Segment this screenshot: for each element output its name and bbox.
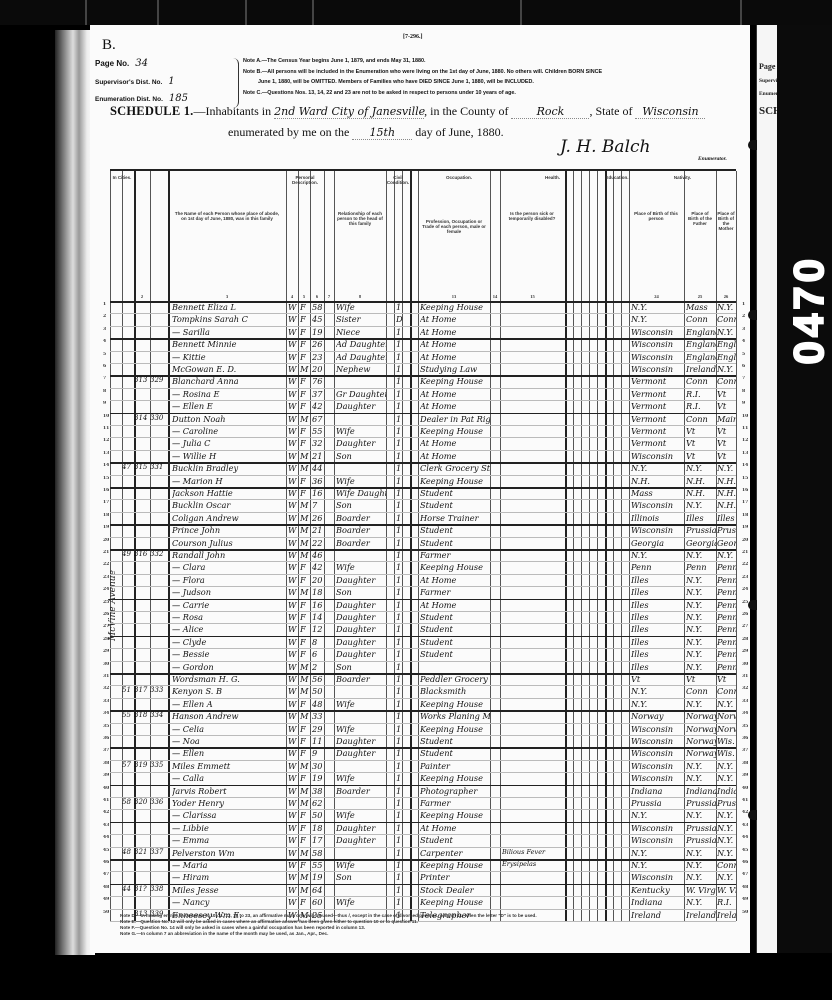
color: W bbox=[288, 823, 298, 833]
mother-birthplace: Vt bbox=[717, 426, 736, 436]
color: W bbox=[288, 401, 298, 411]
civil-condition: 1 bbox=[396, 624, 404, 634]
sex: F bbox=[300, 637, 310, 647]
father-birthplace: W. Virginia bbox=[686, 885, 716, 895]
color: W bbox=[288, 736, 298, 746]
age: 20 bbox=[312, 575, 324, 585]
relationship: Boarder bbox=[336, 674, 386, 684]
line-number: 37 bbox=[103, 748, 109, 753]
sex: M bbox=[300, 414, 310, 424]
birthplace: Illes bbox=[631, 600, 684, 610]
col-num-4: 4 bbox=[286, 294, 298, 299]
occupation: At Home bbox=[420, 451, 490, 461]
sex: F bbox=[300, 897, 310, 907]
person-name: Miles Jesse bbox=[172, 885, 286, 895]
civil-condition: 1 bbox=[396, 786, 404, 796]
sex: M bbox=[300, 451, 310, 461]
relationship: Daughter bbox=[336, 600, 386, 610]
birthplace: Prussia bbox=[631, 798, 684, 808]
line-number-right: 28 bbox=[742, 637, 750, 642]
civil-condition: 1 bbox=[396, 649, 404, 659]
mother-birthplace: N.H. bbox=[717, 500, 736, 510]
occupation: At Home bbox=[420, 327, 490, 337]
color: W bbox=[288, 897, 298, 907]
line-number: 4 bbox=[103, 339, 109, 344]
sex: M bbox=[300, 550, 310, 560]
sex: F bbox=[300, 835, 310, 845]
line-number-right: 34 bbox=[742, 711, 750, 716]
age: 21 bbox=[312, 525, 324, 535]
table-row: 2149316332Randall JohnWM461FarmerN.Y.N.Y… bbox=[110, 550, 736, 562]
relationship: Daughter bbox=[336, 401, 386, 411]
father-birthplace: N.Y. bbox=[686, 761, 716, 771]
line-number-right: 17 bbox=[742, 500, 750, 505]
relationship: Nephew bbox=[336, 364, 386, 374]
sex: F bbox=[300, 612, 310, 622]
health-condition: Bilious Fever bbox=[502, 848, 564, 856]
line-number: 26 bbox=[103, 612, 109, 617]
mother-birthplace: R.I. bbox=[717, 897, 736, 907]
occupation: At Home bbox=[420, 314, 490, 324]
father-birthplace: N.Y. bbox=[686, 649, 716, 659]
birthplace: Wisconsin bbox=[631, 352, 684, 362]
section-letter: B. bbox=[102, 37, 116, 54]
mother-birthplace: Wis. bbox=[717, 736, 736, 746]
age: 2 bbox=[312, 662, 324, 672]
mother-birthplace: N.Y. bbox=[717, 364, 736, 374]
scanner-bottom-band bbox=[0, 955, 832, 1000]
color: W bbox=[288, 872, 298, 882]
col-num-2: 2 bbox=[134, 294, 150, 299]
civil-condition: 1 bbox=[396, 736, 404, 746]
county-value: Rock bbox=[511, 105, 589, 119]
line-number: 41 bbox=[103, 798, 109, 803]
dwelling-number: 319 bbox=[134, 761, 150, 769]
occupation: Keeping House bbox=[420, 476, 490, 486]
scanner-top-band bbox=[0, 0, 832, 25]
line-number: 27 bbox=[103, 624, 109, 629]
line-number: 29 bbox=[103, 649, 109, 654]
civil-condition: 1 bbox=[396, 761, 404, 771]
birthplace: Wisconsin bbox=[631, 525, 684, 535]
relationship: Sister bbox=[336, 314, 386, 324]
birthplace: Wisconsin bbox=[631, 364, 684, 374]
person-name: Pelverston Wm bbox=[172, 848, 286, 858]
birthplace: Illes bbox=[631, 624, 684, 634]
line-number-right: 19 bbox=[742, 525, 750, 530]
person-name: Prince John bbox=[172, 525, 286, 535]
civil-condition: 1 bbox=[396, 835, 404, 845]
line-number: 45 bbox=[103, 848, 109, 853]
birthplace: Illes bbox=[631, 587, 684, 597]
birthplace: Wisconsin bbox=[631, 748, 684, 758]
father-birthplace: Illes bbox=[686, 513, 716, 523]
table-row: 23— FloraWF20Daughter1At HomeIllesN.Y.Pe… bbox=[110, 575, 736, 587]
occupation: Stock Dealer bbox=[420, 885, 490, 895]
birthplace: Wisconsin bbox=[631, 773, 684, 783]
birthplace: Vermont bbox=[631, 401, 684, 411]
age: 67 bbox=[312, 414, 324, 424]
supervisor-district-label: Supervisor's Dist. No. bbox=[95, 79, 162, 86]
line-number-right: 31 bbox=[742, 674, 750, 679]
dwelling-number: 316 bbox=[134, 550, 150, 558]
state-value: Wisconsin bbox=[635, 105, 705, 119]
occupation: Keeping House bbox=[420, 773, 490, 783]
line-number: 6 bbox=[103, 364, 109, 369]
relationship: Daughter bbox=[336, 624, 386, 634]
color: W bbox=[288, 773, 298, 783]
relationship: Gr Daughter bbox=[336, 389, 386, 399]
line-number: 17 bbox=[103, 500, 109, 505]
occupation: Works Planing Mill bbox=[420, 711, 490, 721]
civil-condition: 1 bbox=[396, 810, 404, 820]
civil-condition: 1 bbox=[396, 476, 404, 486]
col-num-6: 6 bbox=[310, 294, 324, 299]
mother-birthplace: Penn bbox=[717, 587, 736, 597]
line-number-right: 23 bbox=[742, 575, 750, 580]
sex: F bbox=[300, 724, 310, 734]
civil-condition: 1 bbox=[396, 550, 404, 560]
age: 26 bbox=[312, 339, 324, 349]
father-birthplace: N.Y. bbox=[686, 463, 716, 473]
father-birthplace: Prussia bbox=[686, 835, 716, 845]
col-num-5: 5 bbox=[298, 294, 310, 299]
father-birthplace: R.I. bbox=[686, 401, 716, 411]
person-name: — Judson bbox=[172, 587, 286, 597]
sex: M bbox=[300, 587, 310, 597]
table-row: 484431?338Miles JesseWM641Stock DealerKe… bbox=[110, 885, 736, 897]
birthplace: Wisconsin bbox=[631, 500, 684, 510]
relationship: Son bbox=[336, 500, 386, 510]
adjacent-supervisor-label: Supervi bbox=[759, 78, 777, 84]
birthplace: Illes bbox=[631, 649, 684, 659]
father-birthplace: Vt bbox=[686, 451, 716, 461]
census-table: In Cities. Personal Description. Civil C… bbox=[110, 169, 736, 921]
father-birthplace: N.Y. bbox=[686, 550, 716, 560]
birthplace: Vermont bbox=[631, 389, 684, 399]
relationship: Daughter bbox=[336, 823, 386, 833]
birthplace: N.Y. bbox=[631, 550, 684, 560]
civil-condition: 1 bbox=[396, 463, 404, 473]
line-number-right: 24 bbox=[742, 587, 750, 592]
color: W bbox=[288, 860, 298, 870]
age: 20 bbox=[312, 364, 324, 374]
color: W bbox=[288, 451, 298, 461]
color: W bbox=[288, 389, 298, 399]
civil-condition: 1 bbox=[396, 637, 404, 647]
relationship: Wife bbox=[336, 302, 386, 312]
mother-birthplace: Vt bbox=[717, 451, 736, 461]
color: W bbox=[288, 525, 298, 535]
father-birthplace: N.Y. bbox=[686, 624, 716, 634]
mother-birthplace: Illes bbox=[717, 513, 736, 523]
line-number-right: 48 bbox=[742, 885, 750, 890]
person-name: — Calla bbox=[172, 773, 286, 783]
color: W bbox=[288, 724, 298, 734]
occupation: Student bbox=[420, 488, 490, 498]
person-name: — Noa bbox=[172, 736, 286, 746]
occupation: At Home bbox=[420, 438, 490, 448]
col-birthplace-header: Place of Birth of this person bbox=[631, 211, 681, 221]
line-number-right: 50 bbox=[742, 910, 750, 915]
table-row: 11— CarolineWF55Wife1Keeping HouseVermon… bbox=[110, 426, 736, 438]
occupation: Blacksmith bbox=[420, 686, 490, 696]
occupation: At Home bbox=[420, 575, 490, 585]
age: 58 bbox=[312, 848, 324, 858]
adjacent-page: Page N Supervi Enumera SCHE 0470 bbox=[757, 25, 832, 953]
person-name: — Ellen bbox=[172, 748, 286, 758]
civil-condition: 1 bbox=[396, 612, 404, 622]
mother-birthplace: Ireland bbox=[717, 910, 736, 920]
civil-condition: 1 bbox=[396, 773, 404, 783]
dwelling-number: 317 bbox=[134, 686, 150, 694]
line-number: 47 bbox=[103, 872, 109, 877]
color: W bbox=[288, 662, 298, 672]
sex: F bbox=[300, 810, 310, 820]
table-row: 3857319335Miles EmmettWM301PainterWiscon… bbox=[110, 761, 736, 773]
mother-birthplace: N.Y. bbox=[717, 463, 736, 473]
occupation: Keeping House bbox=[420, 860, 490, 870]
family-number: 334 bbox=[150, 711, 168, 719]
relationship: Daughter bbox=[336, 637, 386, 647]
house-number: 55 bbox=[122, 711, 134, 719]
age: 46 bbox=[312, 550, 324, 560]
enumeration-date-line: enumerated by me on the 15th day of June… bbox=[228, 125, 504, 140]
age: 55 bbox=[312, 426, 324, 436]
sex: F bbox=[300, 699, 310, 709]
civil-condition: 1 bbox=[396, 488, 404, 498]
note-b-continued: June 1, 1880, will be OMITTED. Members o… bbox=[258, 79, 534, 85]
line-number-right: 35 bbox=[742, 724, 750, 729]
col-num-8: 8 bbox=[334, 294, 386, 299]
occupation: Printer bbox=[420, 872, 490, 882]
sex: M bbox=[300, 538, 310, 548]
line-number-right: 6 bbox=[742, 364, 750, 369]
mother-birthplace: Maine bbox=[717, 414, 736, 424]
father-birthplace: Prussia bbox=[686, 525, 716, 535]
line-number-right: 45 bbox=[742, 848, 750, 853]
line-number-right: 21 bbox=[742, 550, 750, 555]
birthplace: N.Y. bbox=[631, 314, 684, 324]
mother-birthplace: Norway bbox=[717, 724, 736, 734]
line-number: 34 bbox=[103, 711, 109, 716]
house-number: 47 bbox=[122, 463, 134, 471]
line-number: 1 bbox=[103, 302, 109, 307]
table-row: 1447315331Bucklin BradleyWM441Clerk Groc… bbox=[110, 463, 736, 475]
line-number: 25 bbox=[103, 600, 109, 605]
color: W bbox=[288, 327, 298, 337]
age: 60 bbox=[312, 897, 324, 907]
civil-condition: 1 bbox=[396, 500, 404, 510]
col-mother-birthplace-header: Place of Birth of the Mother bbox=[717, 211, 735, 231]
birthplace: Vermont bbox=[631, 438, 684, 448]
line-number-right: 33 bbox=[742, 699, 750, 704]
person-name: Bennett Eliza L bbox=[172, 302, 286, 312]
occupation: Horse Trainer bbox=[420, 513, 490, 523]
age: 11 bbox=[312, 736, 324, 746]
sex: F bbox=[300, 339, 310, 349]
birthplace: Wisconsin bbox=[631, 339, 684, 349]
sex: M bbox=[300, 786, 310, 796]
civil-condition: 1 bbox=[396, 724, 404, 734]
color: W bbox=[288, 637, 298, 647]
house-number: 44 bbox=[122, 885, 134, 893]
birthplace: Georgia bbox=[631, 538, 684, 548]
line-number-right: 10 bbox=[742, 414, 750, 419]
person-name: — Gordon bbox=[172, 662, 286, 672]
color: W bbox=[288, 463, 298, 473]
father-birthplace: Ireland bbox=[686, 364, 716, 374]
line-number: 11 bbox=[103, 426, 109, 431]
person-name: Randall John bbox=[172, 550, 286, 560]
birthplace: Wisconsin bbox=[631, 327, 684, 337]
sex: M bbox=[300, 761, 310, 771]
line-number-right: 27 bbox=[742, 624, 750, 629]
mother-birthplace: Prussia bbox=[717, 798, 736, 808]
mother-birthplace: Georgia bbox=[717, 538, 736, 548]
relationship: Wife bbox=[336, 562, 386, 572]
age: 42 bbox=[312, 562, 324, 572]
mother-birthplace: N.Y. bbox=[717, 761, 736, 771]
mother-birthplace: Conn bbox=[717, 314, 736, 324]
line-number-right: 16 bbox=[742, 488, 750, 493]
civil-condition: 1 bbox=[396, 302, 404, 312]
color: W bbox=[288, 761, 298, 771]
age: 56 bbox=[312, 674, 324, 684]
color: W bbox=[288, 550, 298, 560]
mother-birthplace: Vt bbox=[717, 674, 736, 684]
line-number-right: 47 bbox=[742, 872, 750, 877]
father-birthplace: Conn bbox=[686, 686, 716, 696]
line-number: 12 bbox=[103, 438, 109, 443]
family-number: 337 bbox=[150, 848, 168, 856]
line-number: 42 bbox=[103, 810, 109, 815]
table-row: 31Wordsman H. G.WM56Boarder1Peddler Groc… bbox=[110, 674, 736, 686]
line-number-right: 36 bbox=[742, 736, 750, 741]
sex: M bbox=[300, 364, 310, 374]
footnotes: Note D.—In making entries in columns 9, … bbox=[120, 913, 537, 937]
occupation: Student bbox=[420, 637, 490, 647]
occupation: Student bbox=[420, 649, 490, 659]
person-name: — Hiram bbox=[172, 872, 286, 882]
table-row: 22— ClaraWF42Wife1Keeping HousePennPennP… bbox=[110, 562, 736, 574]
mother-birthplace: Penn bbox=[717, 637, 736, 647]
person-name: Jarvis Robert bbox=[172, 786, 286, 796]
occupation: Photographer bbox=[420, 786, 490, 796]
birthplace: N.Y. bbox=[631, 810, 684, 820]
color: W bbox=[288, 339, 298, 349]
person-name: Miles Emmett bbox=[172, 761, 286, 771]
line-number: 20 bbox=[103, 538, 109, 543]
line-number: 46 bbox=[103, 860, 109, 865]
person-name: Yoder Henry bbox=[172, 798, 286, 808]
age: 8 bbox=[312, 637, 324, 647]
color: W bbox=[288, 600, 298, 610]
birthplace: N.Y. bbox=[631, 302, 684, 312]
occupation: Carpenter bbox=[420, 848, 490, 858]
line-number-right: 13 bbox=[742, 451, 750, 456]
note-a: Note A.—The Census Year begins June 1, 1… bbox=[243, 58, 425, 64]
dwelling-number: 315 bbox=[134, 463, 150, 471]
age: 23 bbox=[312, 352, 324, 362]
sex: F bbox=[300, 389, 310, 399]
civil-condition: 1 bbox=[396, 686, 404, 696]
dwelling-number: 321 bbox=[134, 848, 150, 856]
father-birthplace: England bbox=[686, 339, 716, 349]
sex: F bbox=[300, 860, 310, 870]
sex: F bbox=[300, 823, 310, 833]
group-health: Health. bbox=[500, 175, 605, 180]
table-row: 26— RosaWF14Daughter1StudentIllesN.Y.Pen… bbox=[110, 612, 736, 624]
birthplace: Wisconsin bbox=[631, 872, 684, 882]
relationship: Boarder bbox=[336, 538, 386, 548]
father-birthplace: Mass bbox=[686, 302, 716, 312]
note-c: Note C.—Questions Nos. 13, 14, 22 and 23… bbox=[243, 90, 516, 96]
dwelling-number: 314 bbox=[134, 414, 150, 422]
civil-condition: 1 bbox=[396, 860, 404, 870]
line-number-right: 9 bbox=[742, 401, 750, 406]
line-number-right: 40 bbox=[742, 786, 750, 791]
line-number: 49 bbox=[103, 897, 109, 902]
birthplace: Wisconsin bbox=[631, 736, 684, 746]
age: 64 bbox=[312, 885, 324, 895]
sex: F bbox=[300, 773, 310, 783]
mother-birthplace: N.Y. bbox=[717, 699, 736, 709]
occupation: Student bbox=[420, 835, 490, 845]
person-name: Bennett Minnie bbox=[172, 339, 286, 349]
sex: M bbox=[300, 463, 310, 473]
father-birthplace: N.Y. bbox=[686, 810, 716, 820]
line-number-right: 15 bbox=[742, 476, 750, 481]
mother-birthplace: N.Y. bbox=[717, 848, 736, 858]
sex: M bbox=[300, 798, 310, 808]
father-birthplace: N.Y. bbox=[686, 587, 716, 597]
line-number-right: 20 bbox=[742, 538, 750, 543]
person-name: — Sarilla bbox=[172, 327, 286, 337]
color: W bbox=[288, 314, 298, 324]
occupation: Keeping House bbox=[420, 562, 490, 572]
age: 16 bbox=[312, 600, 324, 610]
age: 55 bbox=[312, 860, 324, 870]
house-number: 58 bbox=[122, 798, 134, 806]
dwelling-number: 318 bbox=[134, 711, 150, 719]
family-number: 329 bbox=[150, 376, 168, 384]
father-birthplace: N.Y. bbox=[686, 773, 716, 783]
father-birthplace: Penn bbox=[686, 562, 716, 572]
person-name: Dutton Noah bbox=[172, 414, 286, 424]
birthplace: N.Y. bbox=[631, 699, 684, 709]
occupation: At Home bbox=[420, 352, 490, 362]
group-in-cities: In Cities. bbox=[110, 175, 134, 180]
civil-condition: 1 bbox=[396, 364, 404, 374]
col-num-13: 13 bbox=[418, 294, 490, 299]
person-name: Hanson Andrew bbox=[172, 711, 286, 721]
occupation: Keeping House bbox=[420, 376, 490, 386]
age: 21 bbox=[312, 451, 324, 461]
father-birthplace: Ireland bbox=[686, 910, 716, 920]
father-birthplace: N.Y. bbox=[686, 860, 716, 870]
color: W bbox=[288, 500, 298, 510]
person-name: — Maria bbox=[172, 860, 286, 870]
sex: F bbox=[300, 600, 310, 610]
schedule-line: SCHEDULE 1.—Inhabitants in 2nd Ward City… bbox=[110, 104, 705, 119]
line-number-right: 1 bbox=[742, 302, 750, 307]
birthplace: Wisconsin bbox=[631, 761, 684, 771]
person-name: — Alice bbox=[172, 624, 286, 634]
line-number: 44 bbox=[103, 835, 109, 840]
relationship: Ad Daughter bbox=[336, 352, 386, 362]
age: 30 bbox=[312, 761, 324, 771]
